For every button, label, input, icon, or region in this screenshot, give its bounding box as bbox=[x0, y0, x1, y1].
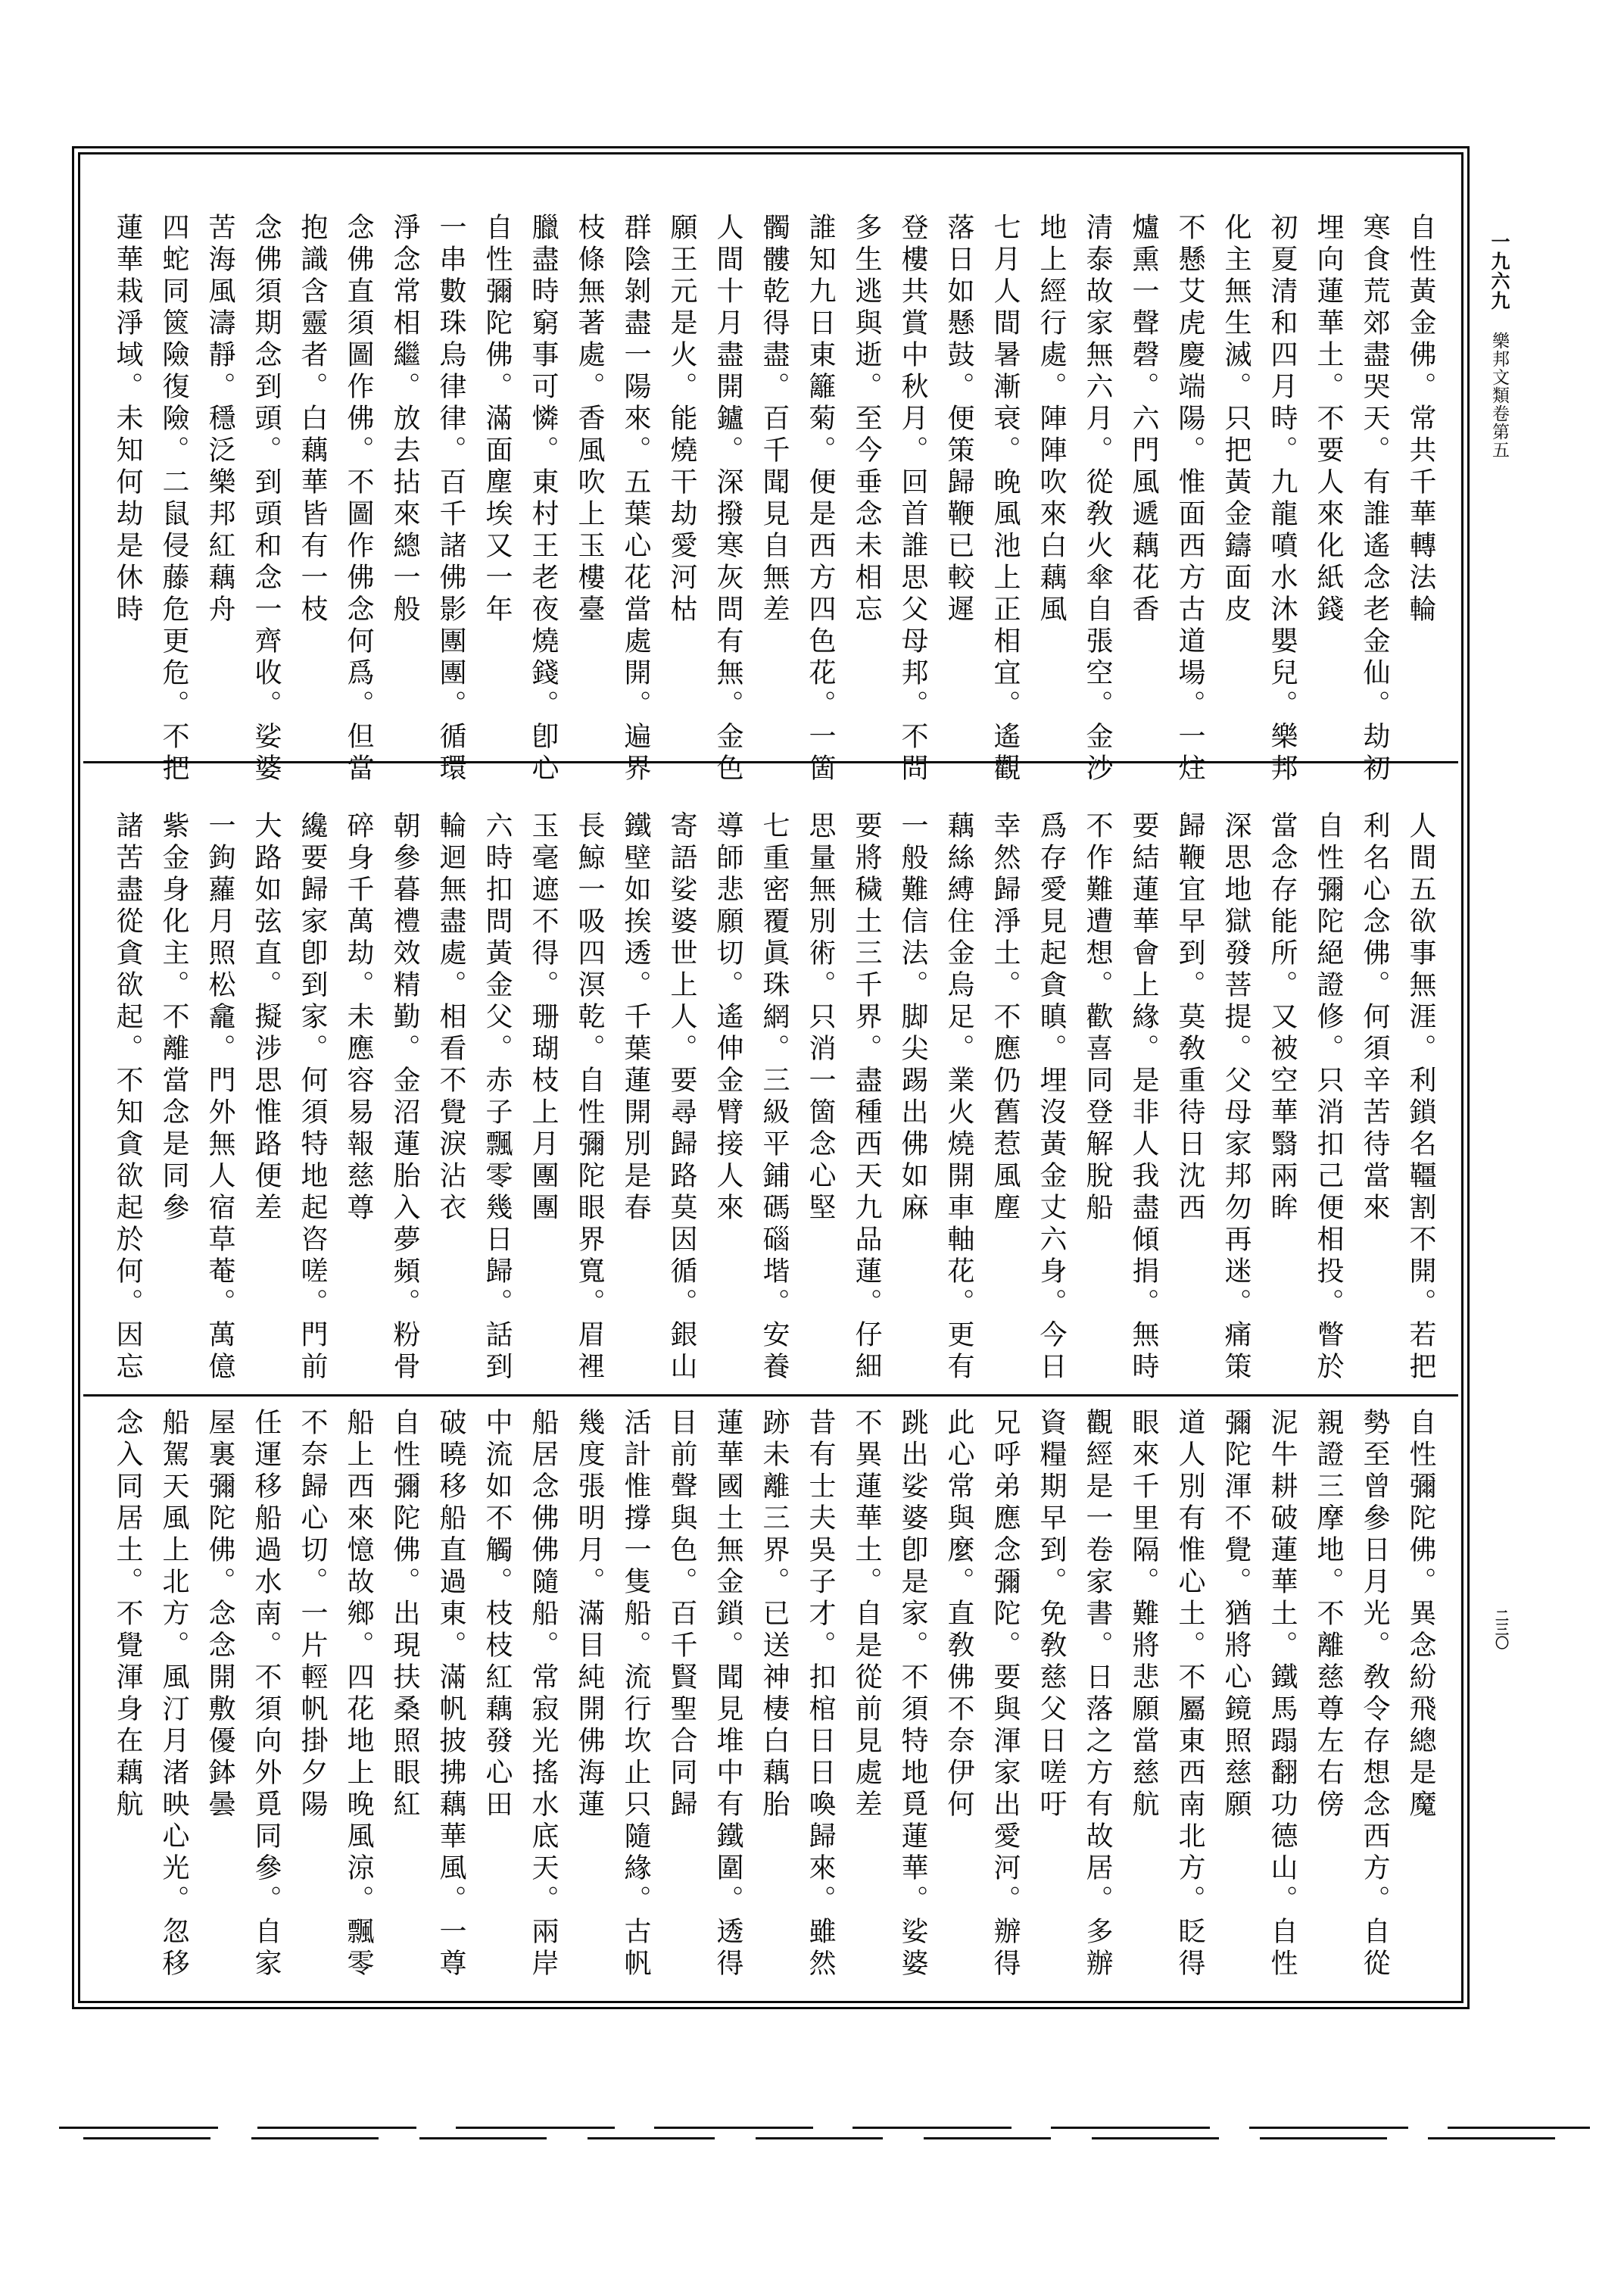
verse-column: 跳出娑婆卽是家。不須特地覓蓮華。娑婆 bbox=[897, 1408, 927, 1980]
verse-column: 蓮華國土無金鎖。聞見堆中有鐵圍。透得 bbox=[712, 1408, 743, 1980]
verse-column: 大路如弦直。擬涉思惟路便差 bbox=[251, 811, 281, 1225]
verse-column: 七重密覆眞珠網。三級平鋪碼碯堦。安養 bbox=[759, 811, 789, 1384]
verse-column: 觀經是一卷家書。日落之方有故居。多辦 bbox=[1082, 1408, 1112, 1980]
page-frame: 自性黃金佛。常共千華轉法輪寒食荒郊盡哭天。有誰遙念老金仙。劫初埋向蓮華土。不要人… bbox=[72, 146, 1470, 2009]
verse-column: 自性彌陀絕證修。只消扣己便相投。瞥於 bbox=[1313, 811, 1343, 1384]
text-number: 一九六九 bbox=[1485, 232, 1513, 311]
verse-column: 兄呼弟應念彌陀。要與渾家出愛河。辦得 bbox=[990, 1408, 1020, 1980]
verse-column: 幸然歸淨土。不應仍舊惹風塵 bbox=[990, 811, 1020, 1225]
verse-column: 蓮華栽淨域。未知何劫是休時 bbox=[112, 213, 142, 626]
verse-column: 寄語娑婆世上人。要尋歸路莫因循。銀山 bbox=[666, 811, 697, 1384]
verse-column: 苦海風濤靜。穩泛樂邦紅藕舟 bbox=[204, 213, 235, 626]
verse-column: 群陰剝盡一陽來。五葉心花當處開。遍界 bbox=[620, 213, 650, 785]
verse-column: 朝參暮禮效精勤。金沼蓮胎入夢頻。粉骨 bbox=[389, 811, 419, 1384]
verse-column: 一串數珠烏律律。百千諸佛影團團。循環 bbox=[435, 213, 466, 785]
verse-column: 導師悲願切。遙伸金臂接人來 bbox=[712, 811, 743, 1225]
verse-column: 歸鞭宜早到。莫敎重待日沈西 bbox=[1174, 811, 1205, 1225]
verse-column: 不奈歸心切。一片輕帆掛夕陽 bbox=[297, 1408, 327, 1821]
scanned-page: { "margin": { "text_number": "一九六九", "vo… bbox=[0, 0, 1624, 2272]
verse-column: 道人別有惟心土。不屬東西南北方。眨得 bbox=[1174, 1408, 1205, 1980]
verse-column: 親證三摩地。不離慈尊左右傍 bbox=[1313, 1408, 1343, 1821]
verse-column: 中流如不觸。枝枝紅藕發心田 bbox=[482, 1408, 512, 1821]
verse-column: 活計惟撐一隻船。流行坎止只隨緣。古帆 bbox=[620, 1408, 650, 1980]
verse-column: 船駕天風上北方。風汀月渚映心光。忽移 bbox=[158, 1408, 189, 1980]
scan-artifact-line bbox=[62, 2137, 1569, 2139]
verse-column: 化主無生滅。只把黃金鑄面皮 bbox=[1220, 213, 1251, 626]
verse-column: 自性彌陀佛。異念紛飛總是魔 bbox=[1405, 1408, 1435, 1821]
verse-column: 初夏清和四月時。九龍噴水沐嬰兒。樂邦 bbox=[1267, 213, 1297, 785]
verse-column: 埋向蓮華土。不要人來化紙錢 bbox=[1313, 213, 1343, 626]
verse-column: 跡未離三界。已送神棲白藕胎 bbox=[759, 1408, 789, 1821]
register-divider-2 bbox=[83, 1394, 1458, 1397]
verse-column: 任運移船過水南。不須向外覓同參。自家 bbox=[251, 1408, 281, 1980]
register-top: 自性黃金佛。常共千華轉法輪寒食荒郊盡哭天。有誰遙念老金仙。劫初埋向蓮華土。不要人… bbox=[112, 213, 1435, 785]
verse-column: 輪迴無盡處。相看不覺淚沾衣 bbox=[435, 811, 466, 1225]
verse-column: 破曉移船直過東。滿帆披拂藕華風。一尊 bbox=[435, 1408, 466, 1980]
verse-column: 不異蓮華土。自是從前見處差 bbox=[851, 1408, 881, 1821]
register-middle: 人間五欲事無涯。利鎖名韁割不開。若把利名心念佛。何須辛苦待當來自性彌陀絕證修。只… bbox=[112, 811, 1435, 1384]
verse-column: 念佛須期念到頭。到頭和念一齊收。娑婆 bbox=[251, 213, 281, 785]
verse-column: 念佛直須圖作佛。不圖作佛念何爲。但當 bbox=[343, 213, 373, 785]
verse-column: 船上西來憶故鄉。四花地上晚風涼。飄零 bbox=[343, 1408, 373, 1980]
verse-column: 臘盡時窮事可憐。東村王老夜燒錢。卽心 bbox=[528, 213, 558, 785]
verse-column: 船居念佛佛隨船。常寂光搖水底天。兩岸 bbox=[528, 1408, 558, 1980]
verse-column: 彌陀渾不覺。猶將心鏡照慈願 bbox=[1220, 1408, 1251, 1821]
verse-column: 藕絲縛住金烏足。業火燒開車軸花。更有 bbox=[943, 811, 974, 1384]
verse-column: 六時扣問黃金父。赤子飄零幾日歸。話到 bbox=[482, 811, 512, 1384]
verse-column: 玉毫遮不得。珊瑚枝上月團團 bbox=[528, 811, 558, 1225]
verse-column: 屋裏彌陀佛。念念開敷優鉢曇 bbox=[204, 1408, 235, 1821]
volume-title: 樂邦文類卷第五 bbox=[1487, 332, 1512, 459]
verse-column: 人間五欲事無涯。利鎖名韁割不開。若把 bbox=[1405, 811, 1435, 1384]
verse-column: 願王元是火。能燒干劫愛河枯 bbox=[666, 213, 697, 626]
verse-column: 爲存愛見起貪瞋。埋沒黃金丈六身。今日 bbox=[1036, 811, 1066, 1384]
verse-column: 此心常與麼。直敎佛不奈伊何 bbox=[943, 1408, 974, 1821]
verse-column: 清泰故家無六月。從敎火傘自張空。金沙 bbox=[1082, 213, 1112, 785]
verse-column: 碎身千萬劫。未應容易報慈尊 bbox=[343, 811, 373, 1225]
verse-column: 要結蓮華會上緣。是非人我盡傾捐。無時 bbox=[1128, 811, 1158, 1384]
verse-column: 人間十月盡開鑪。深撥寒灰問有無。金色 bbox=[712, 213, 743, 785]
verse-column: 自性黃金佛。常共千華轉法輪 bbox=[1405, 213, 1435, 626]
verse-column: 髑髏乾得盡。百千聞見自無差 bbox=[759, 213, 789, 626]
page-number: 二三〇 bbox=[1491, 1609, 1510, 1649]
verse-column: 思量無別術。只消一箇念心堅 bbox=[805, 811, 835, 1225]
verse-column: 登樓共賞中秋月。回首誰思父母邦。不問 bbox=[897, 213, 927, 785]
verse-column: 眼來千里隔。難將悲願當慈航 bbox=[1128, 1408, 1158, 1821]
verse-column: 纔要歸家卽到家。何須特地起咨嗟。門前 bbox=[297, 811, 327, 1384]
verse-column: 目前聲與色。百千賢聖合同歸 bbox=[666, 1408, 697, 1821]
verse-column: 淨念常相繼。放去拈來總一般 bbox=[389, 213, 419, 626]
register-bottom: 自性彌陀佛。異念紛飛總是魔勢至曾參日月光。敎令存想念西方。自從親證三摩地。不離慈… bbox=[112, 1408, 1435, 1980]
verse-column: 爐熏一聲磬。六門風遞藕花香 bbox=[1128, 213, 1158, 626]
verse-column: 諸苦盡從貪欲起。不知貪欲起於何。因忘 bbox=[112, 811, 142, 1384]
verse-column: 自性彌陀佛。出現扶桑照眼紅 bbox=[389, 1408, 419, 1821]
verse-column: 昔有士夫吳子才。扣棺日日喚歸來。雖然 bbox=[805, 1408, 835, 1980]
verse-column: 七月人間暑漸衰。晚風池上正相宜。遙觀 bbox=[990, 213, 1020, 785]
verse-column: 利名心念佛。何須辛苦待當來 bbox=[1359, 811, 1389, 1225]
verse-column: 幾度張明月。滿目純開佛海蓮 bbox=[574, 1408, 604, 1821]
scan-artifact-line bbox=[59, 2127, 1590, 2129]
verse-column: 枝條無著處。香風吹上玉樓臺 bbox=[574, 213, 604, 626]
verse-column: 落日如懸鼓。便策歸鞭已較遲 bbox=[943, 213, 974, 626]
verse-column: 泥牛耕破蓮華土。鐵馬蹋翻功德山。自性 bbox=[1267, 1408, 1297, 1980]
verse-column: 寒食荒郊盡哭天。有誰遙念老金仙。劫初 bbox=[1359, 213, 1389, 785]
verse-column: 鐵壁如挨透。千葉蓮開別是春 bbox=[620, 811, 650, 1225]
verse-column: 自性彌陀佛。滿面塵埃又一年 bbox=[482, 213, 512, 626]
verse-column: 念入同居土。不覺渾身在藕航 bbox=[112, 1408, 142, 1821]
verse-column: 不作難遭想。歡喜同登解脫船 bbox=[1082, 811, 1112, 1225]
verse-column: 深思地獄發菩提。父母家邦勿再迷。痛策 bbox=[1220, 811, 1251, 1384]
verse-column: 地上經行處。陣陣吹來白藕風 bbox=[1036, 213, 1066, 626]
verse-column: 資糧期早到。免敎慈父日嗟吁 bbox=[1036, 1408, 1066, 1821]
verse-column: 當念存能所。又被空華翳兩眸 bbox=[1267, 811, 1297, 1225]
verse-column: 要將穢土三千界。盡種西天九品蓮。仔細 bbox=[851, 811, 881, 1384]
verse-column: 誰知九日東籬菊。便是西方四色花。一箇 bbox=[805, 213, 835, 785]
verse-column: 不懸艾虎慶端陽。惟面西方古道場。一炷 bbox=[1174, 213, 1205, 785]
verse-column: 一鉤蘿月照松龕。門外無人宿草菴。萬億 bbox=[204, 811, 235, 1384]
verse-column: 一般難信法。脚尖踢出佛如麻 bbox=[897, 811, 927, 1225]
verse-column: 紫金身化主。不離當念是同參 bbox=[158, 811, 189, 1225]
verse-column: 長鯨一吸四溟乾。自性彌陀眼界寬。眉裡 bbox=[574, 811, 604, 1384]
verse-column: 多生逃與逝。至今垂念未相忘 bbox=[851, 213, 881, 626]
verse-column: 勢至曾參日月光。敎令存想念西方。自從 bbox=[1359, 1408, 1389, 1980]
verse-column: 抱識含靈者。白藕華皆有一枝 bbox=[297, 213, 327, 626]
verse-column: 四蛇同篋險復險。二鼠侵藤危更危。不把 bbox=[158, 213, 189, 785]
